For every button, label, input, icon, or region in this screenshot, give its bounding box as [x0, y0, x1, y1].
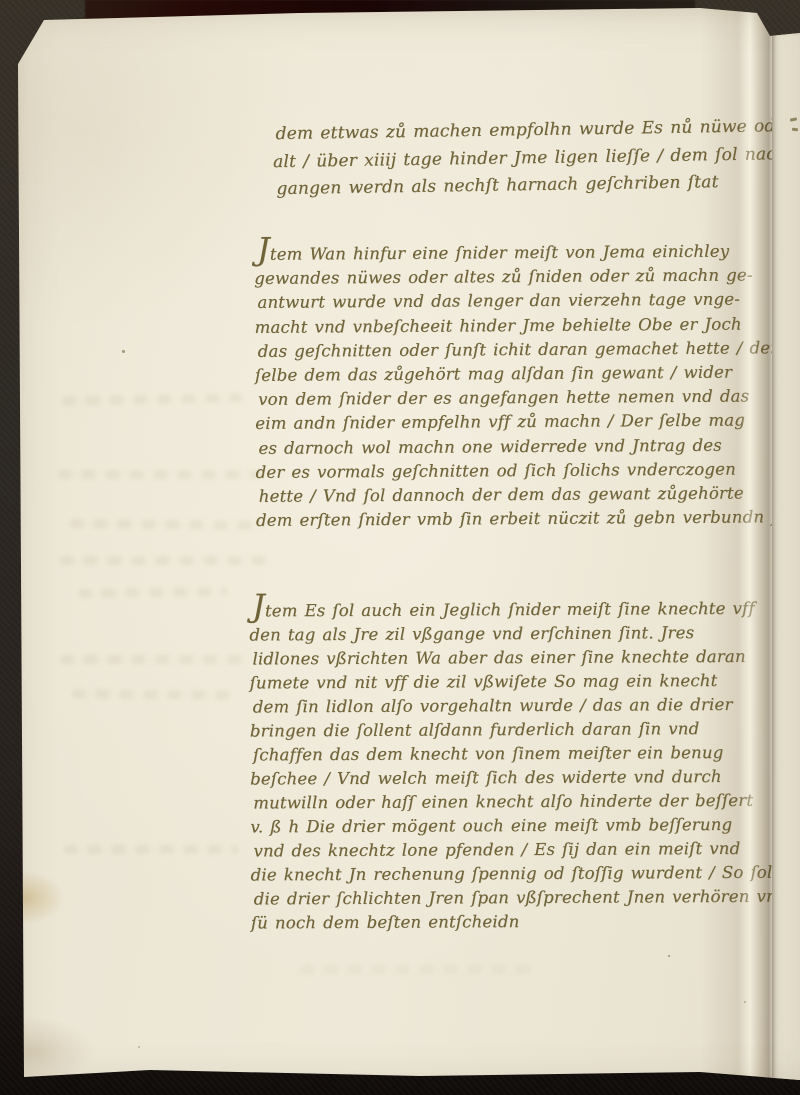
- manuscript-text-line: dem erſten ſnider vmb ſin erbeit nüczit …: [256, 505, 794, 533]
- manuscript-photo: dem ettwas zů machen empfolhn wurde Es n…: [0, 0, 800, 1095]
- opening-paragraph: dem ettwas zů machen empfolhn wurde Es n…: [275, 113, 795, 204]
- manuscript-text-line: ſelbe dem das zůgehört mag alſdan ſin ge…: [255, 360, 793, 388]
- showthrough-ghost: [70, 519, 265, 530]
- showthrough-ghost: [62, 393, 242, 405]
- manuscript-text-line: beſchee / Vnd welch meiſt ſich des wider…: [250, 765, 800, 792]
- showthrough-ghost: [60, 655, 250, 664]
- manuscript-text-line: vnd des knechtz lone pfenden / Es ſij da…: [253, 837, 800, 864]
- manuscript-text-line: eim andn ſnider empfelhn vff zů machn / …: [255, 409, 793, 437]
- facing-leaf-ink-mark: [792, 128, 798, 132]
- ink-speck: [122, 350, 125, 353]
- item-paragraph-first: Jtem Wan hinfur eine ſnider meiſt von Je…: [257, 239, 794, 533]
- manuscript-text-line: antwurt wurde vnd das lenger dan vierzeh…: [257, 288, 792, 316]
- showthrough-ghost: [58, 470, 263, 479]
- manuscript-text-line: ſumete vnd nit vff die zil vßwiſete So m…: [250, 669, 800, 696]
- manuscript-text-line: Jtem Wan hinfur eine ſnider meiſt von Je…: [257, 239, 792, 267]
- showthrough-ghost: [64, 845, 239, 854]
- manuscript-text-line: es darnoch wol machn one widerrede vnd J…: [258, 433, 793, 461]
- showthrough-ghost: [72, 689, 232, 699]
- ink-speck: [138, 1046, 140, 1048]
- manuscript-text-line: hette / Vnd ſol dannoch der dem das gewa…: [259, 481, 794, 509]
- ink-speck: [668, 955, 670, 957]
- manuscript-text-line: macht vnd vnbeſcheeit hinder Jme behielt…: [254, 312, 792, 340]
- manuscript-text-line: gewandes nüwes oder altes zů ſniden oder…: [254, 263, 792, 291]
- manuscript-text-line: das geſchnitten oder ſunſt ichit daran g…: [258, 336, 793, 364]
- showthrough-ghost: [300, 965, 530, 974]
- manuscript-text-line: die knecht Jn rechenung ſpennig od ſtoſſ…: [251, 861, 800, 888]
- manuscript-text-line: v. ß h Die drier mögent ouch eine meiſt …: [250, 813, 800, 840]
- manuscript-text-line: die drier ſchlichten Jren ſpan vßſpreche…: [254, 885, 800, 912]
- facing-leaf-ink-mark: [790, 117, 797, 121]
- parchment-page: dem ettwas zů machen empfolhn wurde Es n…: [0, 0, 800, 1095]
- manuscript-text-line: mutwilln oder haſſ einen knecht alſo hin…: [253, 789, 800, 816]
- manuscript-text-line: dem ſin lidlon alſo vorgehaltn wurde / d…: [253, 693, 800, 720]
- manuscript-text-line: von dem ſnider der es angefangen hette n…: [258, 384, 793, 412]
- manuscript-text-line: bringen die ſollent alſdann furderlich d…: [250, 717, 800, 744]
- manuscript-text-line: den tag als Jre zil vßgange vnd erſchine…: [249, 621, 800, 648]
- manuscript-text-line: ſü noch dem beſten entſcheidn: [251, 909, 800, 936]
- showthrough-ghost: [60, 556, 270, 565]
- showthrough-ghost: [78, 587, 228, 598]
- ink-speck: [744, 1001, 746, 1003]
- manuscript-text-line: lidlones vßrichten Wa aber das einer ſin…: [252, 645, 800, 672]
- item-paragraph-second: Jtem Es ſol auch ein Jeglich ſnider meiſ…: [252, 597, 800, 936]
- manuscript-text-line: Jtem Es ſol auch ein Jeglich ſnider meiſ…: [252, 597, 800, 624]
- manuscript-text-line: ſchaffen das dem knecht von ſinem meiſte…: [253, 741, 800, 768]
